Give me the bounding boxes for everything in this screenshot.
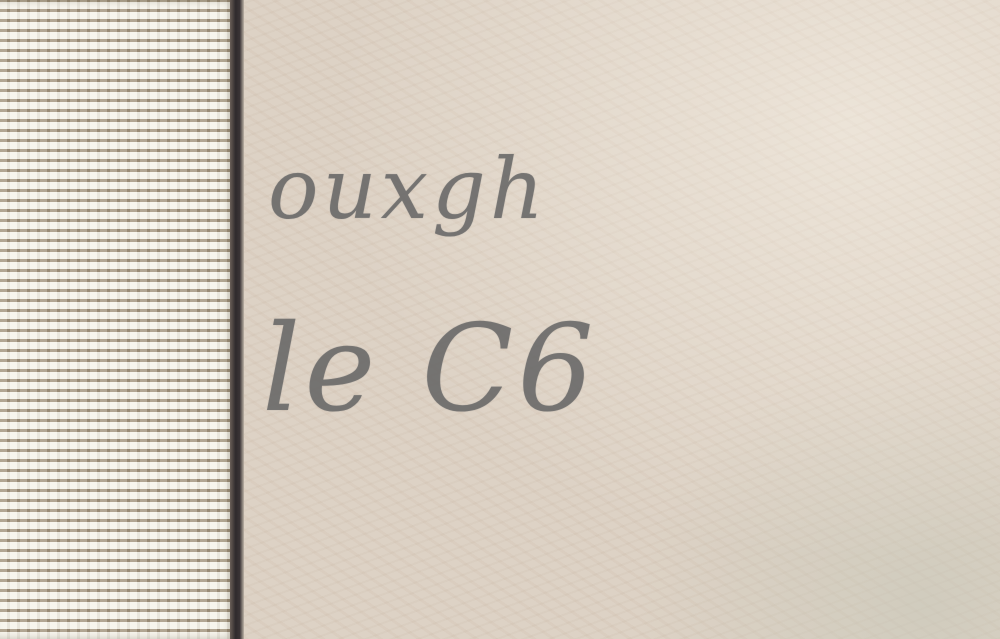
photo-scene: ouxgh le C6 <box>0 0 1000 639</box>
binding-gutter <box>230 0 244 639</box>
pencil-inscription-line-1: ouxgh <box>268 140 548 238</box>
pencil-inscription-line-2: le C6 <box>262 300 598 439</box>
linen-spine <box>0 0 236 639</box>
